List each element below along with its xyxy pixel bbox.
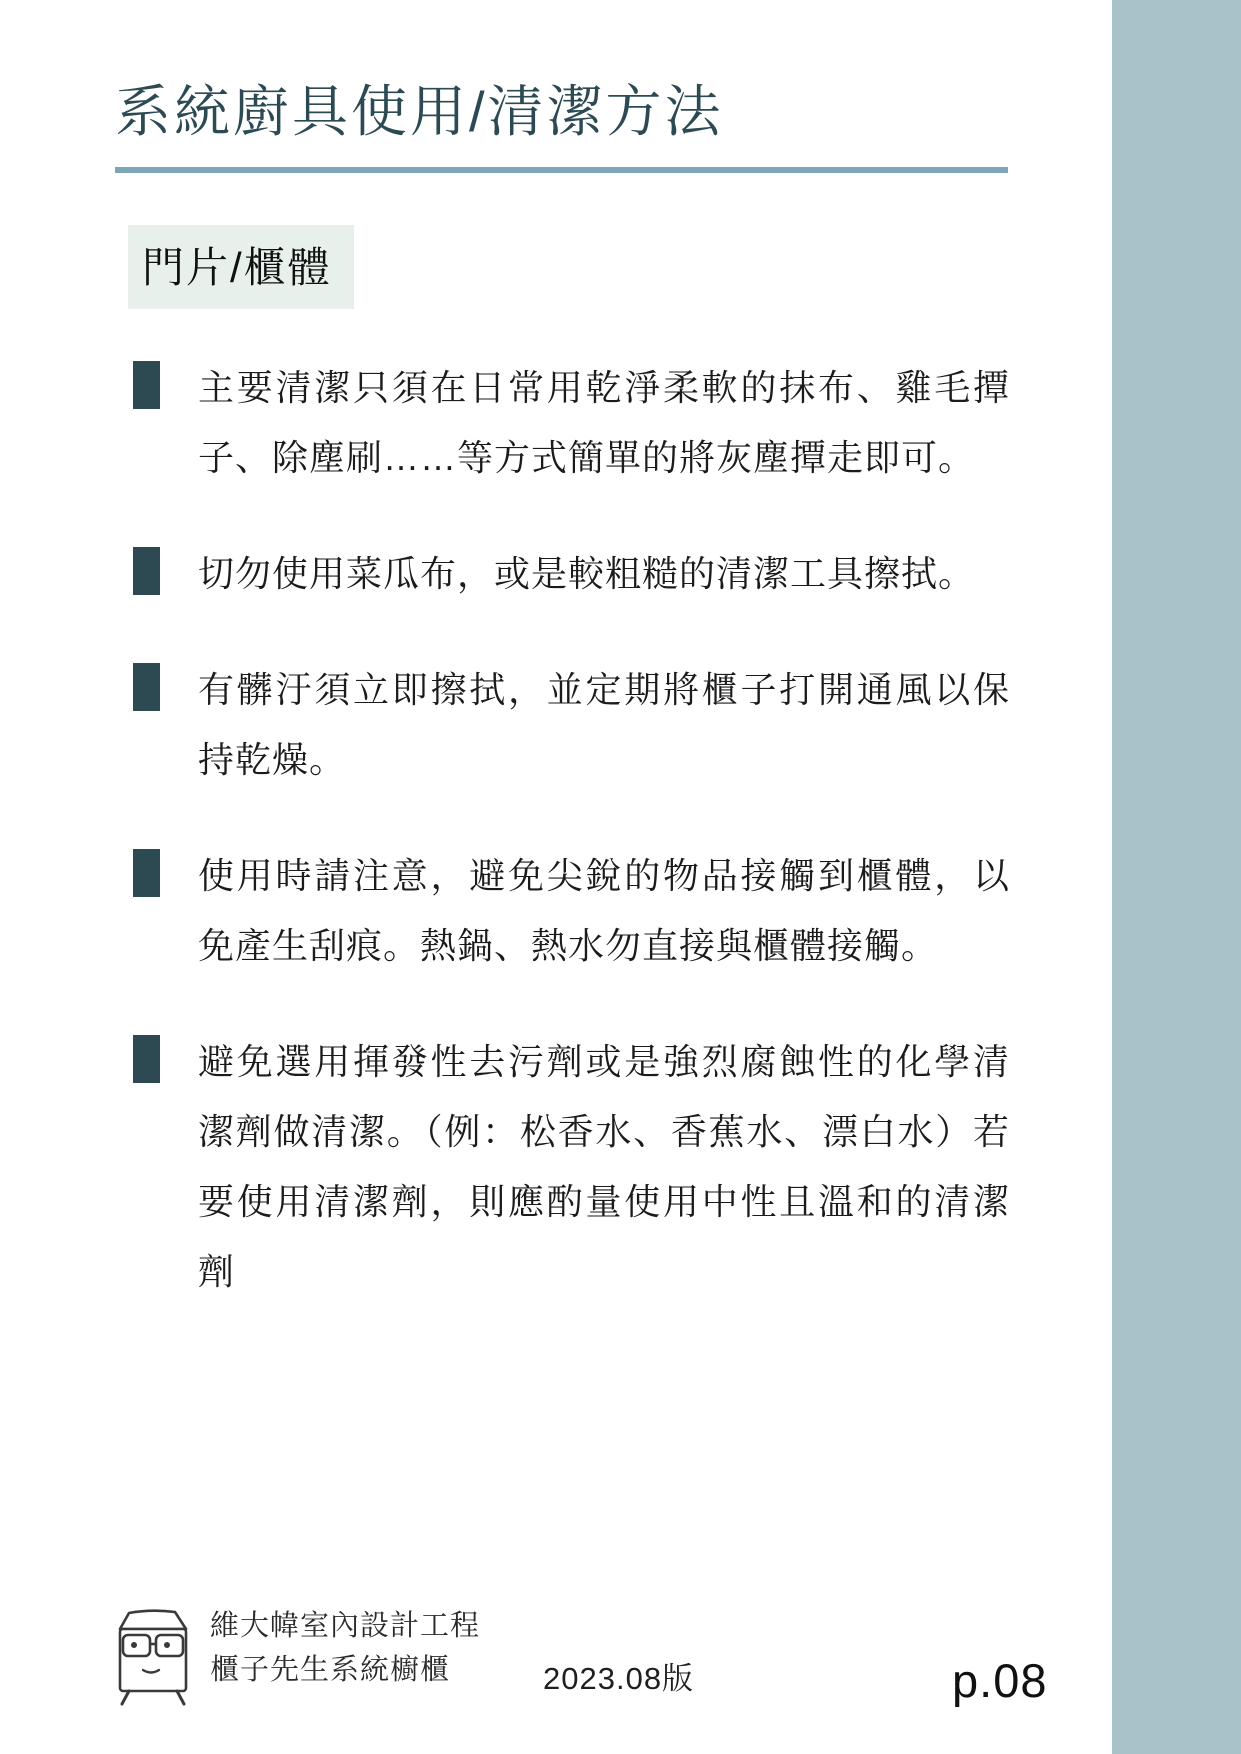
footer-company: 維大幃室內設計工程 櫃子先生系統櫥櫃 [210, 1604, 480, 1692]
footer-company-line2: 櫃子先生系統櫥櫃 [210, 1648, 480, 1692]
page-content: 系統廚具使用/清潔方法 門片/櫃體 主要清潔只須在日常用乾淨柔軟的抹布、雞毛撢子… [0, 0, 1112, 1754]
footer-version: 2023.08版 [543, 1653, 694, 1698]
bullet-text: 主要清潔只須在日常用乾淨柔軟的抹布、雞毛撢子、除塵刷……等方式簡單的將灰塵撢走即… [198, 353, 1010, 493]
bullet-text: 使用時請注意，避免尖銳的物品接觸到櫃體，以免產生刮痕。熱鍋、熱水勿直接與櫃體接觸… [198, 841, 1010, 981]
square-bullet-icon [133, 547, 160, 595]
bullet-list: 主要清潔只須在日常用乾淨柔軟的抹布、雞毛撢子、除塵刷……等方式簡單的將灰塵撢走即… [115, 353, 1012, 1307]
cabinet-mascot-icon [106, 1604, 198, 1706]
bullet-text: 避免選用揮發性去污劑或是強烈腐蝕性的化學清潔劑做清潔。（例：松香水、香蕉水、漂白… [198, 1027, 1010, 1307]
square-bullet-icon [133, 1035, 160, 1083]
page-number: p.08 [952, 1653, 1047, 1708]
list-item: 避免選用揮發性去污劑或是強烈腐蝕性的化學清潔劑做清潔。（例：松香水、香蕉水、漂白… [133, 1027, 1012, 1307]
sidebar-accent-strip [1112, 0, 1241, 1754]
section-heading: 門片/櫃體 [128, 225, 354, 309]
square-bullet-icon [133, 361, 160, 409]
list-item: 有髒汙須立即擦拭，並定期將櫃子打開通風以保持乾燥。 [133, 655, 1012, 795]
square-bullet-icon [133, 663, 160, 711]
list-item: 主要清潔只須在日常用乾淨柔軟的抹布、雞毛撢子、除塵刷……等方式簡單的將灰塵撢走即… [133, 353, 1012, 493]
bullet-text: 切勿使用菜瓜布，或是較粗糙的清潔工具擦拭。 [198, 539, 1010, 609]
footer-company-line1: 維大幃室內設計工程 [210, 1604, 480, 1648]
list-item: 切勿使用菜瓜布，或是較粗糙的清潔工具擦拭。 [133, 539, 1012, 609]
page-title: 系統廚具使用/清潔方法 [115, 78, 1012, 145]
square-bullet-icon [133, 849, 160, 897]
bullet-text: 有髒汙須立即擦拭，並定期將櫃子打開通風以保持乾燥。 [198, 655, 1010, 795]
list-item: 使用時請注意，避免尖銳的物品接觸到櫃體，以免產生刮痕。熱鍋、熱水勿直接與櫃體接觸… [133, 841, 1012, 981]
